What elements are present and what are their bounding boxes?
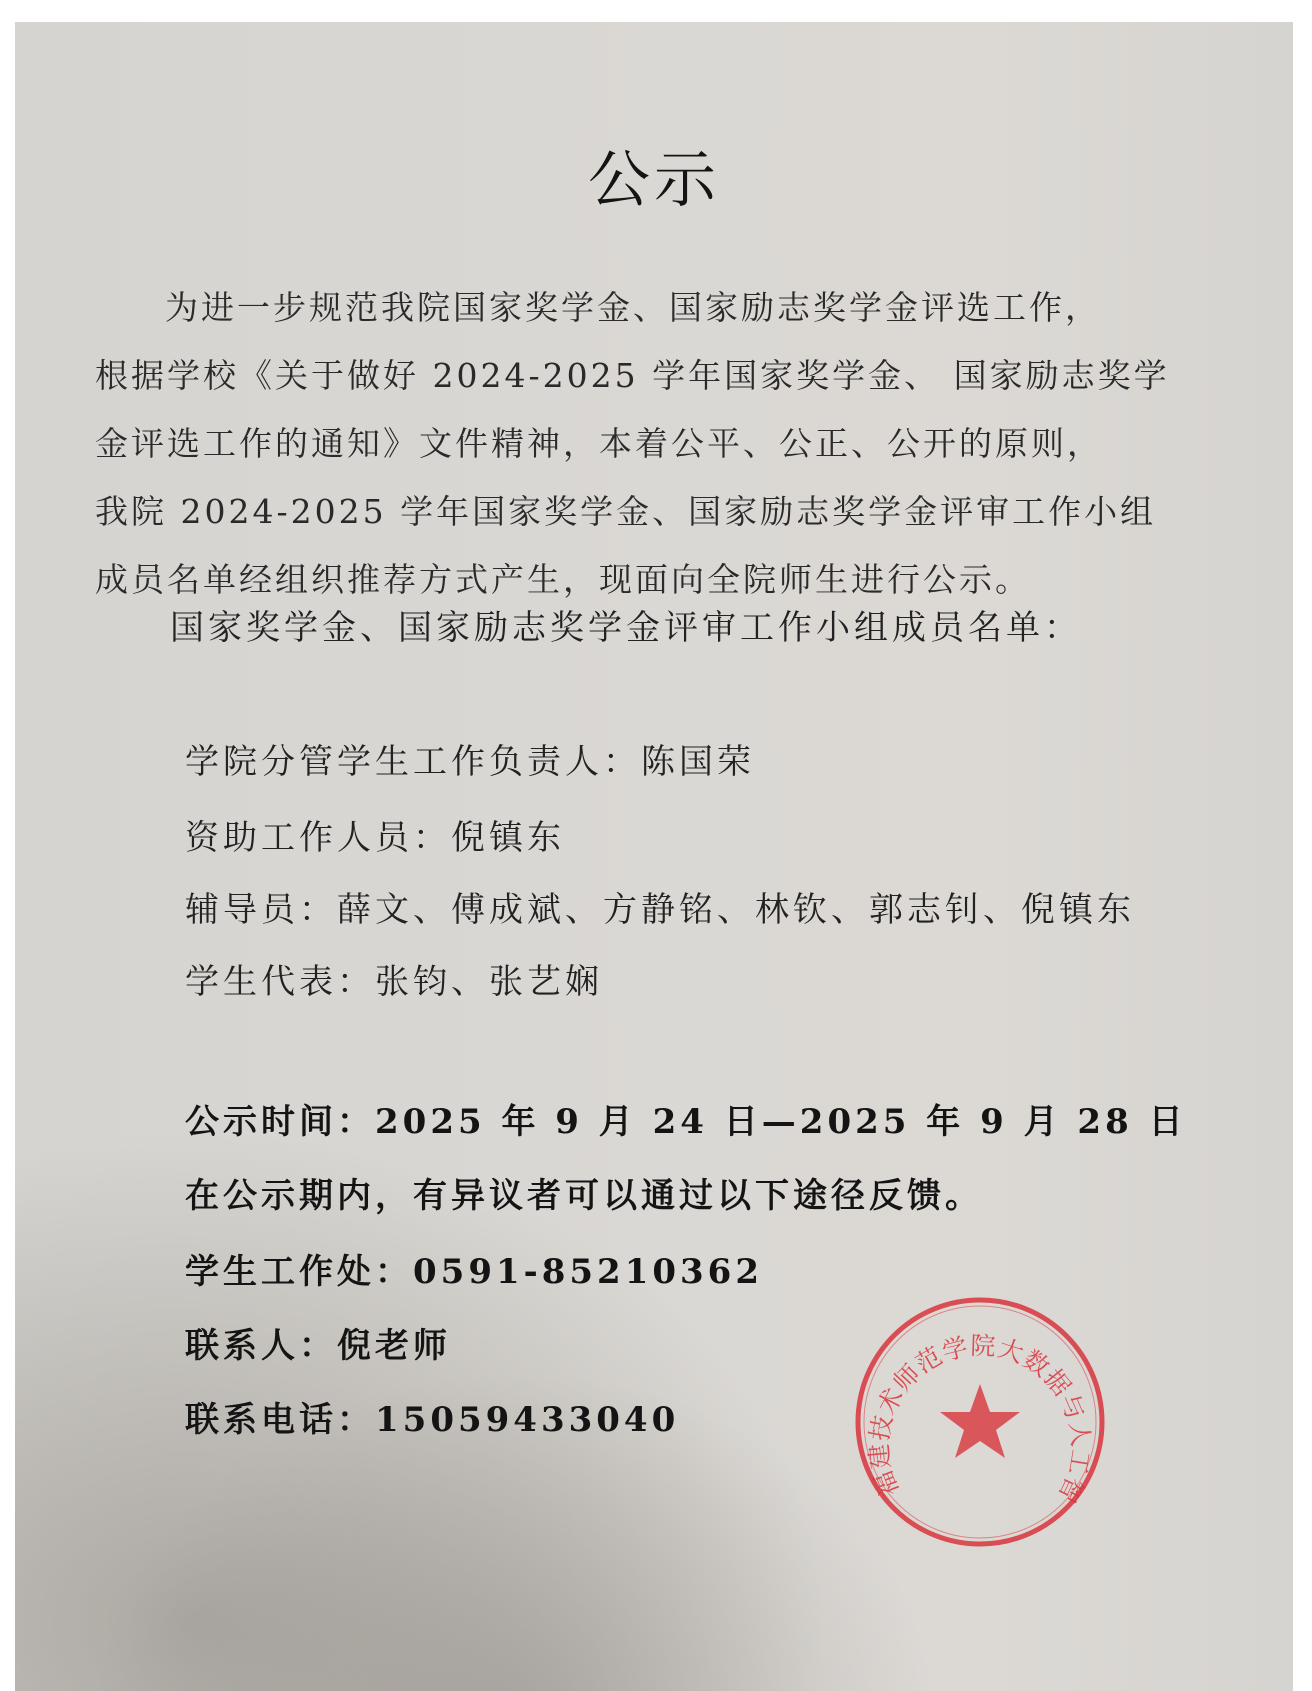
contact-value: 0591-85210362 [413, 1252, 763, 1292]
contact-person: 联系人：倪老师 [185, 1318, 451, 1367]
member-value: 薛文、傅成斌、方静铭、林钦、郭志钊、倪镇东 [337, 890, 1135, 930]
intro-line: 金评选工作的通知》文件精神，本着公平、公正、公开的原则， [95, 410, 1205, 478]
document-title: 公示 [15, 130, 1293, 219]
seal-text: 福建技术师范学院大数据与人工智能学院 [850, 1292, 1096, 1508]
feedback-note: 在公示期内，有异议者可以通过以下途径反馈。 [185, 1168, 983, 1217]
svg-text:福建技术师范学院大数据与人工智能学院: 福建技术师范学院大数据与人工智能学院 [850, 1292, 1096, 1508]
contact-phone: 联系电话：15059433040 [185, 1392, 679, 1441]
star-icon [940, 1384, 1020, 1458]
intro-line: 为进一步规范我院国家奖学金、国家励志奖学金评选工作， [95, 274, 1205, 342]
document-paper: 公示 为进一步规范我院国家奖学金、国家励志奖学金评选工作， 根据学校《关于做好 … [15, 22, 1293, 1691]
contact-label: 学生工作处： [185, 1252, 413, 1292]
seal-graphic: 福建技术师范学院大数据与人工智能学院 [850, 1292, 1110, 1552]
list-heading: 国家奖学金、国家励志奖学金评审工作小组成员名单： [170, 600, 1082, 649]
contact-value: 倪老师 [337, 1326, 451, 1366]
notice-period: 公示时间：2025 年 9 月 24 日—2025 年 9 月 28 日 [185, 1094, 1187, 1143]
member-row-students: 学生代表：张钧、张艺娴 [185, 954, 603, 1003]
contact-label: 联系人： [185, 1326, 337, 1366]
contact-value: 15059433040 [375, 1400, 679, 1440]
member-row-counselors: 辅导员：薛文、傅成斌、方静铭、林钦、郭志钊、倪镇东 [185, 882, 1135, 931]
member-row-leader: 学院分管学生工作负责人：陈国荣 [185, 734, 755, 783]
member-value: 倪镇东 [451, 818, 565, 858]
member-value: 陈国荣 [641, 742, 755, 782]
member-label: 辅导员： [185, 890, 337, 930]
member-label: 学生代表： [185, 962, 375, 1002]
contact-label: 联系电话： [185, 1400, 375, 1440]
member-label: 学院分管学生工作负责人： [185, 742, 641, 782]
intro-line: 我院 2024-2025 学年国家奖学金、国家励志奖学金评审工作小组 [95, 478, 1205, 546]
intro-line: 根据学校《关于做好 2024-2025 学年国家奖学金、 国家励志奖学 [95, 342, 1205, 410]
member-row-aid-staff: 资助工作人员：倪镇东 [185, 810, 565, 859]
member-label: 资助工作人员： [185, 818, 451, 858]
notice-period-value: 2025 年 9 月 24 日—2025 年 9 月 28 日 [375, 1102, 1187, 1142]
contact-office: 学生工作处：0591-85210362 [185, 1244, 763, 1293]
official-seal: 福建技术师范学院大数据与人工智能学院 [850, 1292, 1110, 1552]
notice-period-label: 公示时间： [185, 1102, 375, 1142]
intro-paragraph: 为进一步规范我院国家奖学金、国家励志奖学金评选工作， 根据学校《关于做好 202… [95, 274, 1205, 614]
member-value: 张钧、张艺娴 [375, 962, 603, 1002]
